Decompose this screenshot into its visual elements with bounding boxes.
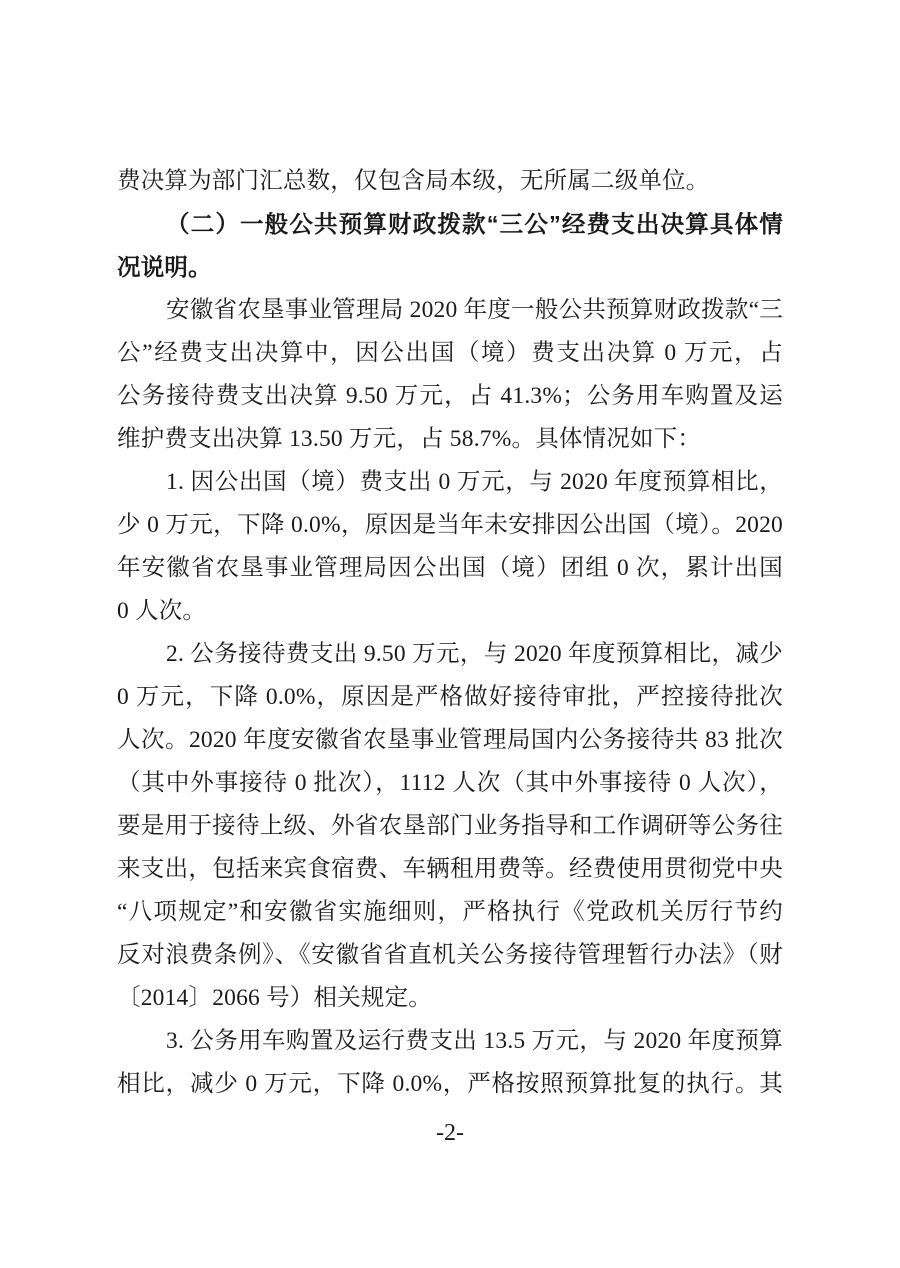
- body-text-line: 0 万元，下降 0.0%，原因是严格做好接待审批，严控接待批次和: [117, 676, 783, 719]
- page-number: -2-: [0, 1118, 900, 1148]
- body-text-line: 〔2014〕2066 号）相关规定。: [117, 977, 783, 1020]
- body-text-line: 0 人次。: [117, 590, 783, 633]
- body-text-line: （其中外事接待 0 批次），1112 人次（其中外事接待 0 人次），主: [117, 762, 783, 805]
- section-heading-line-2: 况说明。: [117, 246, 783, 289]
- body-text-line: 来支出，包括来宾食宿费、车辆租用费等。经费使用贯彻党中央: [117, 848, 783, 891]
- document-page: 费决算为部门汇总数，仅包含局本级，无所属二级单位。 （二）一般公共预算财政拨款“…: [0, 0, 900, 1268]
- section-heading-line-1: （二）一般公共预算财政拨款“三公”经费支出决算具体情: [117, 203, 783, 246]
- page-text-block: 费决算为部门汇总数，仅包含局本级，无所属二级单位。 （二）一般公共预算财政拨款“…: [117, 160, 783, 1106]
- body-text-line: 要是用于接待上级、外省农垦部门业务指导和工作调研等公务往: [117, 805, 783, 848]
- body-text-line: 公务接待费支出决算 9.50 万元，占 41.3%；公务用车购置及运行: [117, 375, 783, 418]
- body-text-line: 维护费支出决算 13.50 万元，占 58.7%。具体情况如下：: [117, 418, 783, 461]
- body-text-line: “八项规定”和安徽省实施细则，严格执行《党政机关厉行节约: [117, 891, 783, 934]
- body-text-line: 人次。2020 年度安徽省农垦事业管理局国内公务接待共 83 批次: [117, 719, 783, 762]
- list-item-3-line: 3. 公务用车购置及运行费支出 13.5 万元，与 2020 年度预算: [117, 1020, 783, 1063]
- list-item-1-line: 1. 因公出国（境）费支出 0 万元，与 2020 年度预算相比，减: [117, 461, 783, 504]
- body-text-line: 反对浪费条例》、《安徽省省直机关公务接待管理暂行办法》（财行: [117, 934, 783, 977]
- body-text-line: 年安徽省农垦事业管理局因公出国（境）团组 0 次，累计出国（境）: [117, 547, 783, 590]
- continuation-text-line: 费决算为部门汇总数，仅包含局本级，无所属二级单位。: [117, 160, 783, 203]
- body-text-line: 相比，减少 0 万元，下降 0.0%，严格按照预算批复的执行。其中: [117, 1063, 783, 1106]
- body-text-line: 少 0 万元，下降 0.0%，原因是当年未安排因公出国（境）。2020: [117, 504, 783, 547]
- body-text-line: 公”经费支出决算中，因公出国（境）费支出决算 0 万元，占 0.0%；: [117, 332, 783, 375]
- list-item-2-line: 2. 公务接待费支出 9.50 万元，与 2020 年度预算相比，减少: [117, 633, 783, 676]
- body-text-line: 安徽省农垦事业管理局 2020 年度一般公共预算财政拨款“三: [117, 289, 783, 332]
